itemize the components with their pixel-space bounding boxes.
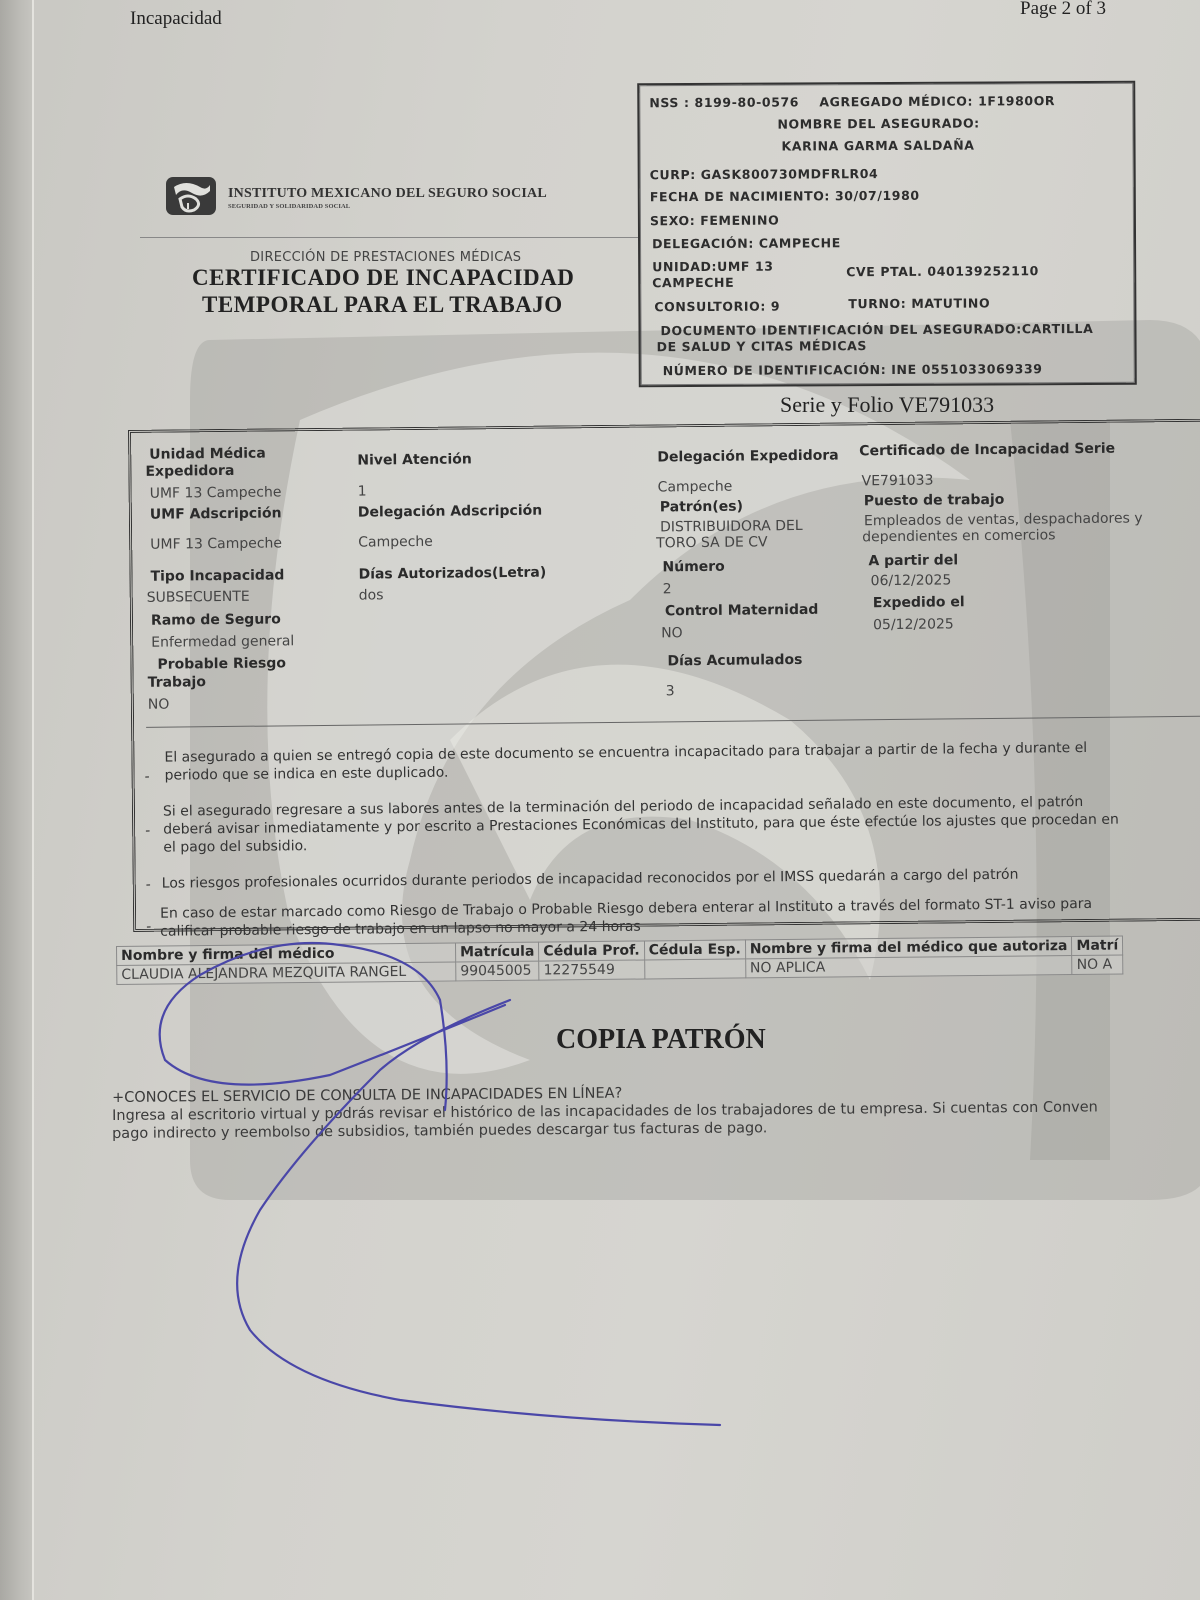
nss: NSS : 8199-80-0576 [649,94,799,110]
page-edge [0,0,34,1600]
page-indicator: Page 2 of 3 [1020,0,1106,20]
agregado-medico: AGREGADO MÉDICO: 1F1980OR [819,93,1055,109]
cert-serie-value: VE791033 [861,473,933,490]
note-1: El asegurado a quien se entregó copia de… [164,738,1194,785]
riesgo-trabajo-label-2: Trabajo [148,674,206,691]
puesto-label: Puesto de trabajo [864,492,1005,509]
physician-signature-table: Nombre y firma del médico Matrícula Cédu… [116,935,1124,985]
umf-adscripcion-value: UMF 13 Campeche [150,535,282,552]
note-4: En caso de estar marcado como Riesgo de … [160,894,1190,941]
delegacion-adscripcion-value: Campeche [358,534,433,551]
physician-matricula: 99045005 [456,961,539,981]
unit-line2: CAMPECHE [652,275,734,290]
document-id-line2: DE SALUD Y CITAS MÉDICAS [657,338,867,354]
unidad-medica-label-1: Unidad Médica [149,446,266,463]
patron-label: Patrón(es) [660,499,743,516]
expedido-value: 05/12/2025 [873,616,954,633]
certificate-title-line2: TEMPORAL PARA EL TRABAJO [202,292,563,318]
tipo-incapacidad-value: SUBSECUENTE [147,589,250,606]
nivel-atencion-label: Nivel Atención [357,451,472,468]
patient-name: KARINA GARMA SALDAÑA [781,138,974,154]
imss-logo-icon [166,177,216,215]
header-cedula-esp: Cédula Esp. [644,940,745,960]
delegacion-adscripcion-label: Delegación Adscripción [358,503,543,521]
unidad-medica-label-2: Expedidora [145,463,234,480]
patient-info-box: NSS : 8199-80-0576 AGREGADO MÉDICO: 1F19… [637,81,1137,388]
institution-name: INSTITUTO MEXICANO DEL SEGURO SOCIAL [228,186,547,202]
tipo-incapacidad-label: Tipo Incapacidad [150,567,284,584]
control-maternidad-value: NO [661,625,683,641]
unidad-medica-value: UMF 13 Campeche [150,484,282,501]
consultorio: CONSULTORIO: 9 [654,299,780,315]
curp: CURP: GASK800730MDFRLR04 [650,166,879,182]
umf-adscripcion-label: UMF Adscripción [150,505,282,522]
expedido-label: Expedido el [873,594,965,611]
page-header-title: Incapacidad [130,8,222,30]
control-maternidad-label: Control Maternidad [665,602,819,620]
numero-value: 2 [663,581,672,597]
puesto-value-line2: dependientes en comercios [862,527,1055,545]
puesto-value-line1: Empleados de ventas, despachadores y [864,510,1143,529]
dias-letra-label: Días Autorizados(Letra) [358,565,546,583]
physician-name: CLAUDIA ALEJANDRA MEZQUITA RANGEL [117,962,456,985]
cve-ptal: CVE PTAL. 040139252110 [846,263,1039,279]
physician-cedula-esp [644,959,745,979]
note-3: Los riesgos profesionales ocurridos dura… [162,864,1192,893]
dias-acumulados-value: 3 [666,683,675,699]
sex: SEXO: FEMENINO [650,213,779,229]
note-bullet: - [146,919,151,935]
a-partir-value: 06/12/2025 [871,572,952,589]
authorizing-physician: NO APLICA [745,955,1072,977]
dias-acumulados-label: Días Acumulados [667,652,802,669]
riesgo-trabajo-label-1: Probable Riesgo [157,655,286,672]
ramo-seguro-label: Ramo de Seguro [151,611,281,628]
cert-serie-label: Certificado de Incapacidad Serie [859,441,1115,460]
header-divider [140,237,640,238]
physician-cedula-prof: 12275549 [539,960,645,980]
numero-label: Número [662,559,724,576]
info-line-1: +CONOCES EL SERVICIO DE CONSULTA DE INCA… [112,1086,622,1106]
note-bullet: - [146,877,151,893]
delegacion-expedidora-value: Campeche [658,479,733,496]
document-id-line1: DOCUMENTO IDENTIFICACIÓN DEL ASEGURADO:C… [660,321,1093,338]
info-line-3: pago indirecto y reembolso de subsidios,… [112,1120,767,1142]
turno: TURNO: MATUTINO [848,295,990,311]
patron-value-line2: TORO SA DE CV [656,534,768,551]
details-divider [146,716,1200,728]
certificate-title-line1: CERTIFICADO DE INCAPACIDAD [192,265,574,291]
unit-line1: UNIDAD:UMF 13 [652,259,773,275]
a-partir-label: A partir del [868,552,958,569]
riesgo-trabajo-value: NO [148,697,170,713]
ramo-seguro-value: Enfermedad general [151,633,294,650]
serie-folio: Serie y Folio VE791033 [780,392,994,418]
authorizing-matricula: NO A [1072,955,1123,975]
id-number: NÚMERO DE IDENTIFICACIÓN: INE 0551033069… [663,361,1043,378]
delegacion-expedidora-label: Delegación Expedidora [657,448,839,466]
dias-letra-value: dos [359,587,384,603]
copy-type-title: COPIA PATRÓN [556,1024,766,1056]
institution-tagline: SEGURIDAD Y SOLIDARIDAD SOCIAL [228,203,350,210]
nombre-label: NOMBRE DEL ASEGURADO: [777,116,979,132]
header-cedula-prof: Cédula Prof. [539,941,645,961]
note-2: Si el asegurado regresare a sus labores … [163,792,1194,857]
header-matricula-2: Matrí [1072,936,1123,956]
nivel-atencion-value: 1 [358,484,367,500]
certificate-details-box: Unidad Médica Expedidora UMF 13 Campeche… [128,419,1200,932]
patron-value-line1: DISTRIBUIDORA DEL [660,518,803,535]
note-bullet: - [145,769,150,785]
birth-date: FECHA DE NACIMIENTO: 30/07/1980 [650,188,920,204]
note-bullet: - [145,823,150,839]
direction-label: DIRECCIÓN DE PRESTACIONES MÉDICAS [250,250,521,265]
header-matricula: Matrícula [455,942,538,962]
delegation: DELEGACIÓN: CAMPECHE [652,235,841,251]
